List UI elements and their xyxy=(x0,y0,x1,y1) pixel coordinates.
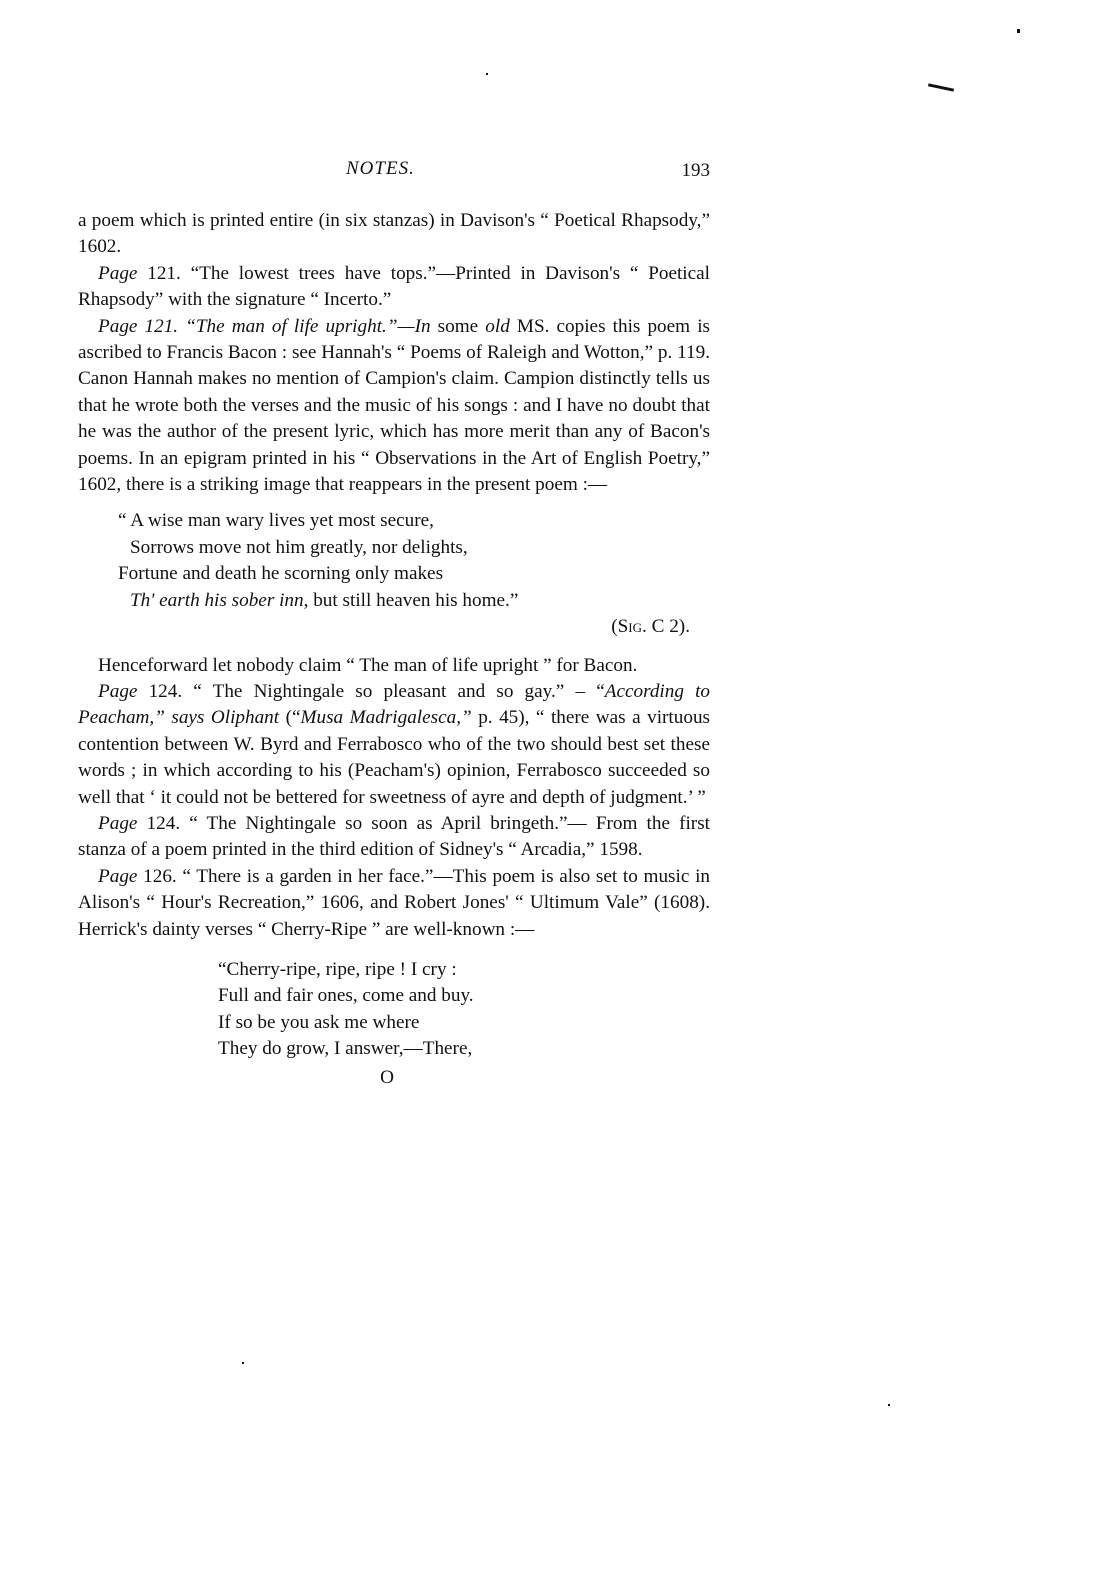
note-page-124-nightingale-april: Page 124. “ The Nightingale so soon as A… xyxy=(78,811,710,864)
verse-line: “Cherry-ripe, ripe, ripe ! I cry : xyxy=(78,957,710,983)
page-number: 193 xyxy=(682,160,711,182)
signature-mark: O xyxy=(78,1065,710,1091)
paragraph-text: a poem which is printed entire (in six s… xyxy=(78,210,710,257)
verse-quotation-cherry-ripe: “Cherry-ripe, ripe, ripe ! I cry : Full … xyxy=(78,957,710,1063)
book-page: NOTES. 193 a poem which is printed entir… xyxy=(0,0,1106,1586)
verse-line: Fortune and death he scorning only makes xyxy=(78,561,710,587)
paragraph-continuation: a poem which is printed entire (in six s… xyxy=(78,208,710,261)
note-text: some xyxy=(431,316,486,337)
verse-line: They do grow, I answer,—There, xyxy=(78,1036,710,1062)
verse-italic-phrase: Th' earth his sober inn xyxy=(130,590,304,611)
verse-quotation-epigram: “ A wise man wary lives yet most secure,… xyxy=(78,508,710,640)
page-ref-label: Page xyxy=(98,866,137,887)
verse-signature-ref: (Sig. C 2). xyxy=(78,614,710,640)
paragraph-henceforward: Henceforward let nobody claim “ The man … xyxy=(78,653,710,679)
note-text: (“ xyxy=(279,707,300,728)
paragraph-text: Henceforward let nobody claim “ The man … xyxy=(98,655,637,676)
page-ref-label: Page xyxy=(98,681,137,702)
note-text: MS. copies this poem is ascribed to Fran… xyxy=(78,316,710,495)
notes-body: a poem which is printed entire (in six s… xyxy=(78,208,710,1091)
note-text-italic: Musa Madrigalesca,” xyxy=(301,707,472,728)
running-title: NOTES. xyxy=(346,158,415,180)
page-ref-label: Page xyxy=(98,263,137,284)
scan-speck xyxy=(1017,29,1020,33)
note-text: 124. “ The Nightingale so soon as April … xyxy=(78,813,710,860)
scan-speck xyxy=(486,73,488,75)
verse-line: Full and fair ones, come and buy. xyxy=(78,983,710,1009)
note-text: 124. “ The Nightingale so pleasant and s… xyxy=(137,681,604,702)
verse-line: “ A wise man wary lives yet most secure, xyxy=(78,508,710,534)
note-page-121-man-of-life: Page 121. “The man of life upright.”—In … xyxy=(78,314,710,499)
scan-speck xyxy=(888,1404,890,1406)
note-text-italic: old xyxy=(485,316,510,337)
note-page-126-garden: Page 126. “ There is a garden in her fac… xyxy=(78,864,710,943)
scan-speck xyxy=(242,1362,244,1364)
running-head: NOTES. 193 xyxy=(78,158,710,188)
verse-line: Sorrows move not him greatly, nor deligh… xyxy=(78,535,710,561)
note-page-121-lowest-trees: Page 121. “The lowest trees have tops.”—… xyxy=(78,261,710,314)
scan-speck xyxy=(928,83,954,91)
verse-line: If so be you ask me where xyxy=(78,1010,710,1036)
page-ref-label: Page xyxy=(98,813,137,834)
note-text: 126. “ There is a garden in her face.”—T… xyxy=(78,866,710,940)
page-ref-label: Page 121. “The man of life upright.”—In xyxy=(98,316,431,337)
verse-line-rest: , but still heaven his home.” xyxy=(304,590,519,611)
note-page-124-nightingale-pleasant: Page 124. “ The Nightingale so pleasant … xyxy=(78,679,710,811)
verse-line: Th' earth his sober inn, but still heave… xyxy=(78,588,710,614)
note-text: 121. “The lowest trees have tops.”—Print… xyxy=(78,263,710,310)
